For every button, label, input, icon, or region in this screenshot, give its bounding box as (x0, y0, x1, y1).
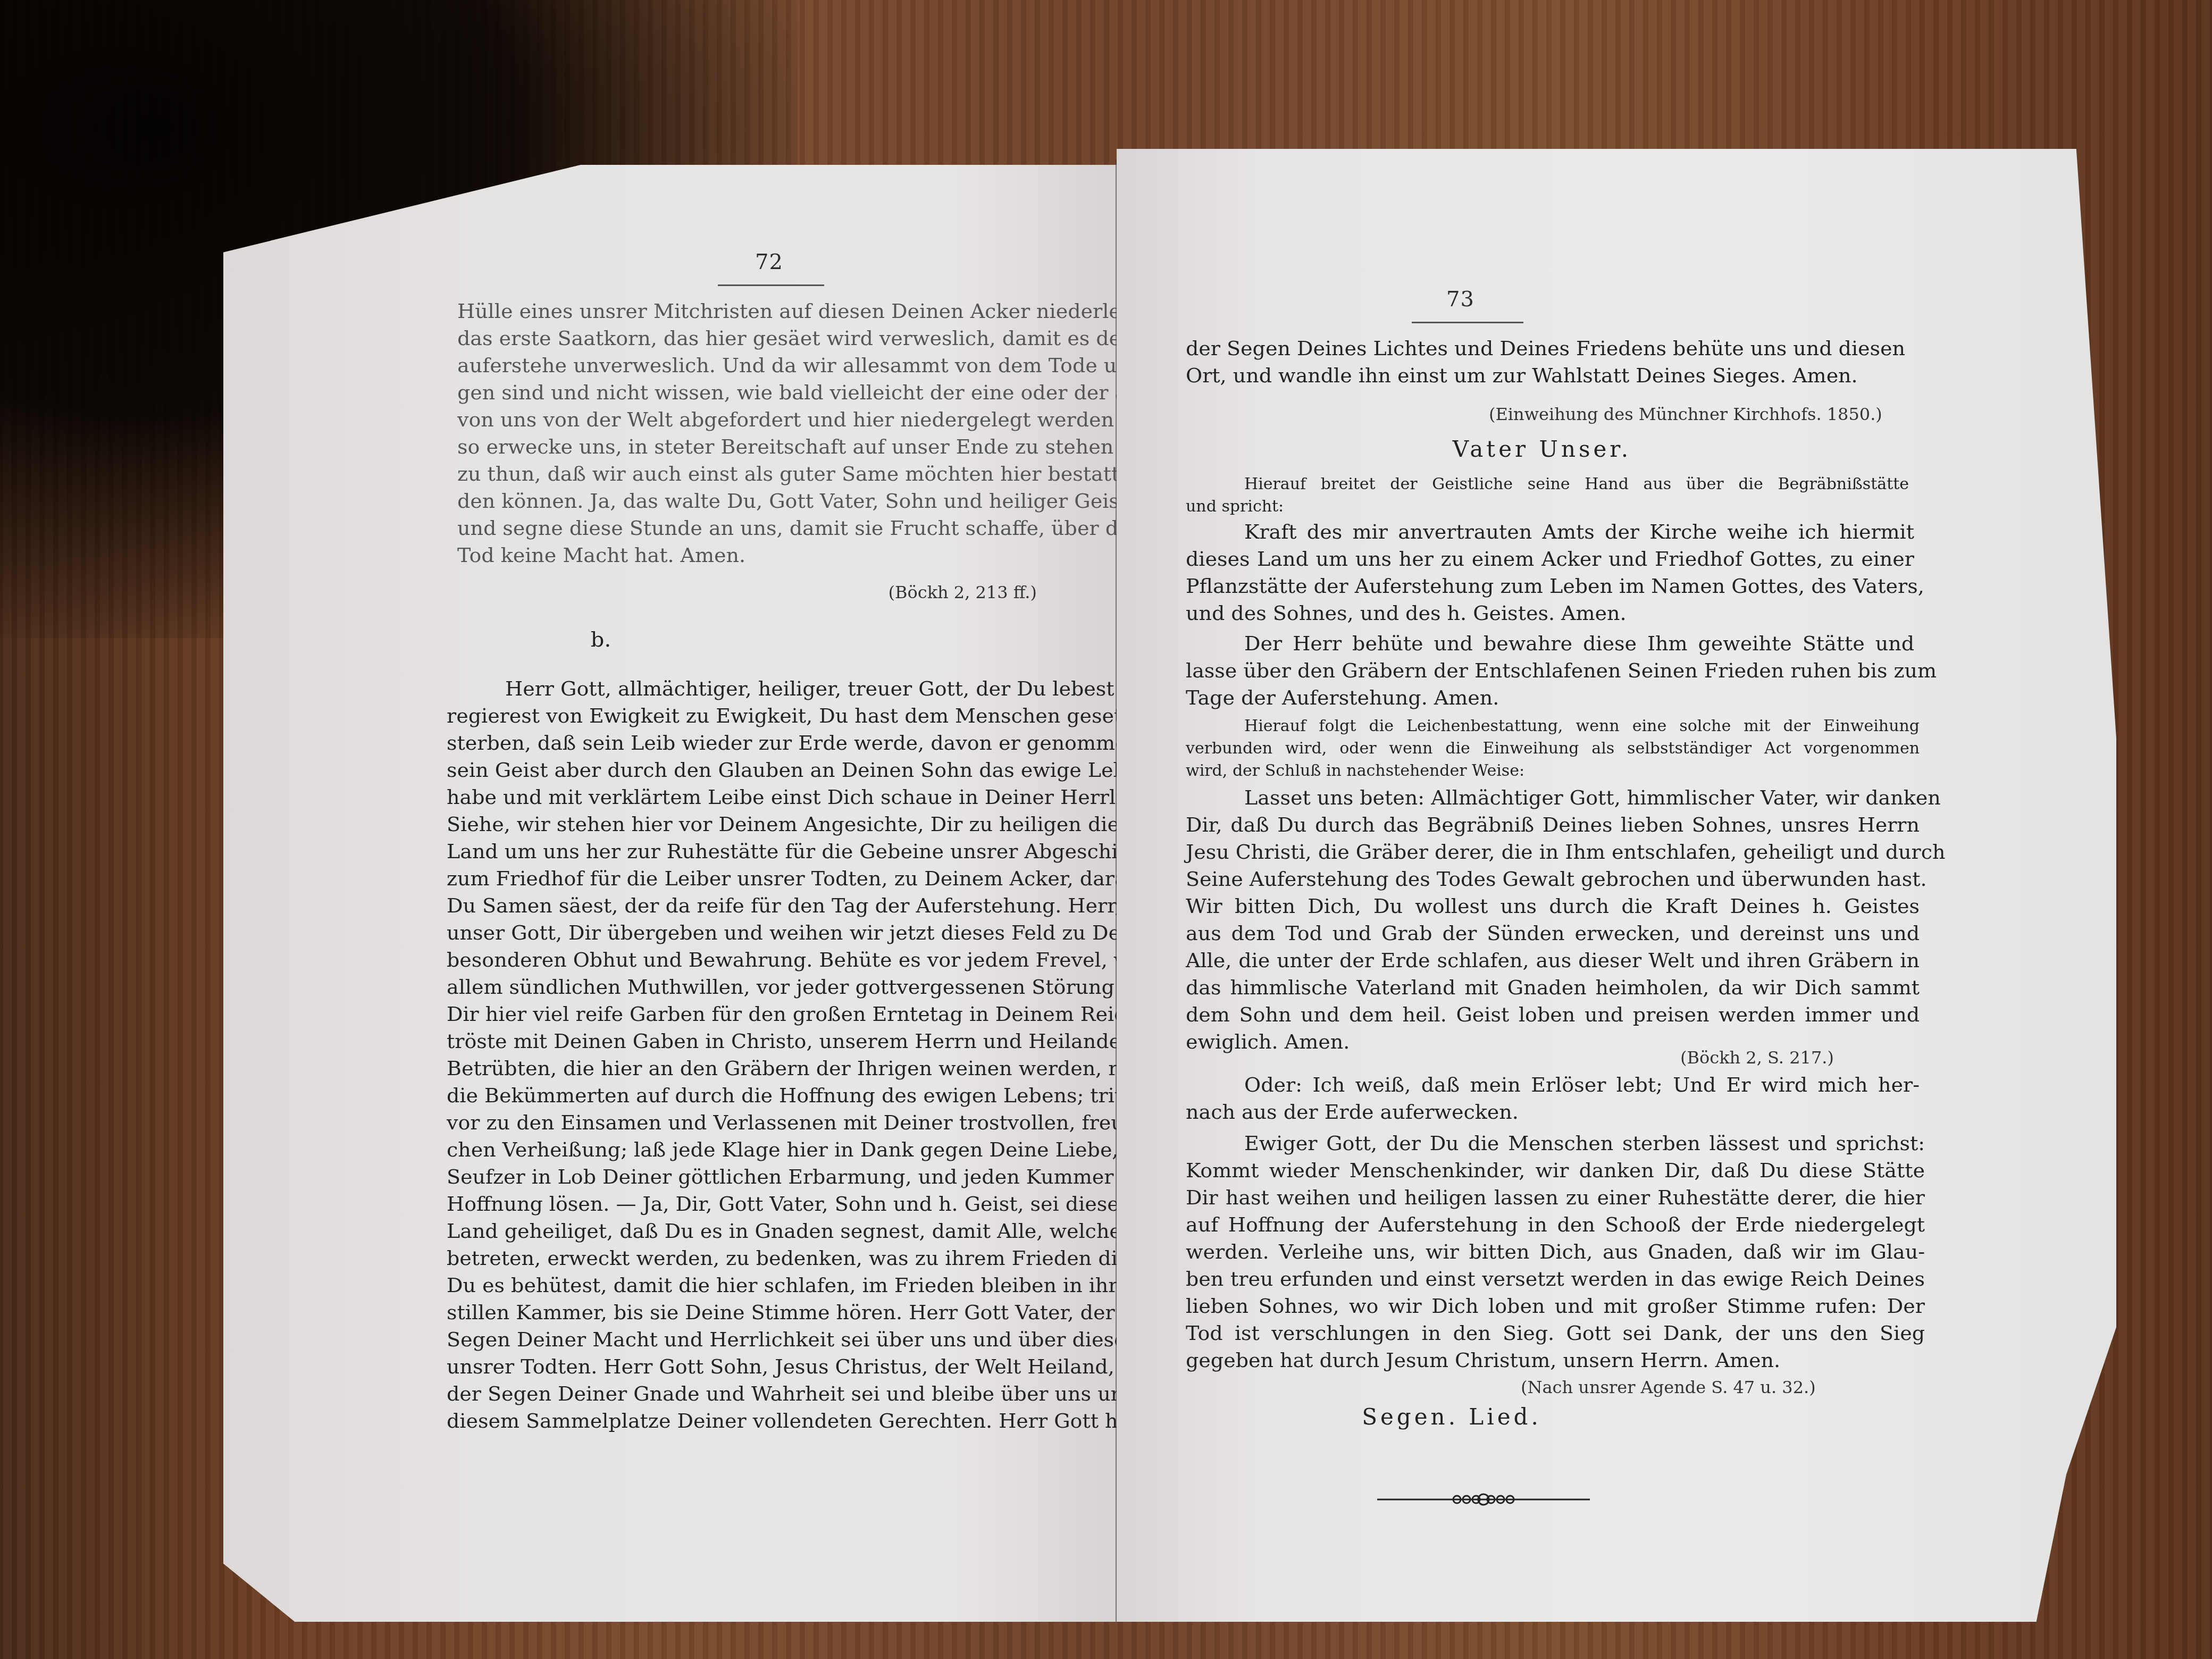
text-line: das erste Saatkorn, das hier gesäet wird… (457, 325, 1069, 352)
text-line: chen Verheißung; laß jede Klage hier in … (447, 1136, 1069, 1163)
heading-vater-unser: Vater Unser. (1186, 436, 1898, 462)
text-line: Ewiger Gott, der Du die Menschen sterben… (1186, 1130, 1925, 1157)
text-line: der Segen Deiner Gnade und Wahrheit sei … (447, 1380, 1069, 1407)
text-line: und des Sohnes, und des h. Geistes. Amen… (1186, 600, 1914, 627)
page-number-rule (1412, 322, 1523, 323)
text-line: Kraft des mir anvertrauten Amts der Kirc… (1186, 518, 1914, 546)
text-line: Pflanzstätte der Auferstehung zum Leben … (1186, 573, 1914, 600)
text-line: Tage der Auferstehung. Amen. (1186, 684, 1914, 711)
text-line: Du Samen säest, der da reife für den Tag… (447, 892, 1069, 919)
blessing-der-herr: Der Herr behüte und bewahre diese Ihm ge… (1186, 630, 1914, 711)
text-line: lieben Sohnes, wo wir Dich loben und mit… (1186, 1293, 1925, 1320)
text-line: unsrer Todten. Herr Gott Sohn, Jesus Chr… (447, 1353, 1069, 1380)
text-line: von uns von der Welt abgefordert und hie… (457, 406, 1069, 433)
text-line: das himmlische Vaterland mit Gnaden heim… (1186, 974, 1920, 1001)
text-line: nach aus der Erde auferwecken. (1186, 1099, 1920, 1126)
left-prayer-paragraph: Herr Gott, allmächtiger, heiliger, treue… (447, 675, 1069, 1435)
text-line: Ort, und wandle ihn einst um zur Wahlsta… (1186, 362, 1898, 389)
text-line: Tod keine Macht hat. Amen. (457, 542, 1069, 569)
text-line: ben treu erfunden und einst versetzt wer… (1186, 1266, 1925, 1293)
text-line: zum Friedhof für die Leiber unsrer Todte… (447, 865, 1069, 892)
page-number-right: 73 (1446, 287, 1474, 312)
text-line: Hierauf breitet der Geistliche seine Han… (1186, 473, 1909, 496)
text-line: auferstehe unverweslich. Und da wir alle… (457, 352, 1069, 379)
text-line: sein Geist aber durch den Glauben an Dei… (447, 757, 1069, 784)
text-line: lasse über den Gräbern der Entschlafenen… (1186, 657, 1914, 684)
text-line: und spricht: (1186, 496, 1909, 518)
text-line: Hülle eines unsrer Mitchristen auf diese… (457, 298, 1069, 325)
text-line: betreten, erweckt werden, zu bedenken, w… (447, 1245, 1069, 1272)
text-line: Oder: Ich weiß, daß mein Erlöser lebt; U… (1186, 1071, 1920, 1099)
text-line: Dir hast weihen und heiligen lassen zu e… (1186, 1184, 1925, 1211)
text-line: aus dem Tod und Grab der Sünden erwecken… (1186, 920, 1920, 947)
text-line: Land geheiliget, daß Du es in Gnaden seg… (447, 1218, 1069, 1245)
text-line: Lasset uns beten: Allmächtiger Gott, him… (1186, 784, 1920, 811)
rubric-hand: Hierauf breitet der Geistliche seine Han… (1186, 473, 1909, 518)
text-line: regierest von Ewigkeit zu Ewigkeit, Du h… (447, 702, 1069, 730)
right-page: 73 der Segen Deines Lichtes und Deines F… (1117, 149, 2116, 1622)
rubric-leichenbestattung: Hierauf folgt die Leichenbestattung, wen… (1186, 715, 1920, 782)
text-line: Jesu Christi, die Gräber derer, die in I… (1186, 839, 1920, 866)
text-line: Wir bitten Dich, Du wollest uns durch di… (1186, 893, 1920, 920)
text-line: Land um uns her zur Ruhestätte für die G… (447, 838, 1069, 865)
text-line: Seine Auferstehung des Todes Gewalt gebr… (1186, 866, 1920, 893)
citation-boeckh-217: (Böckh 2, S. 217.) (1680, 1048, 1834, 1068)
text-line: allem sündlichen Muthwillen, vor jeder g… (447, 974, 1069, 1001)
text-line: Betrübten, die hier an den Gräbern der I… (447, 1055, 1069, 1082)
text-line: dem Sohn und dem heil. Geist loben und p… (1186, 1001, 1920, 1028)
section-letter-b: b. (223, 627, 978, 652)
text-line: Seufzer in Lob Deiner göttlichen Erbarmu… (447, 1163, 1069, 1191)
text-line: Dir, daß Du durch das Begräbniß Deines l… (1186, 811, 1920, 839)
text-line: Segen Deiner Macht und Herrlichkeit sei … (447, 1326, 1069, 1353)
text-line: Herr Gott, allmächtiger, heiliger, treue… (447, 675, 1069, 702)
text-line: dieses Land um uns her zu einem Acker un… (1186, 546, 1914, 573)
text-line: Alle, die unter der Erde schlafen, aus d… (1186, 947, 1920, 974)
text-line: den können. Ja, das walte Du, Gott Vater… (457, 488, 1069, 515)
text-line: sterben, daß sein Leib wieder zur Erde w… (447, 730, 1069, 757)
citation-agende: (Nach unsrer Agende S. 47 u. 32.) (1521, 1377, 1816, 1397)
text-line: besonderen Obhut und Bewahrung. Behüte e… (447, 946, 1069, 974)
open-book: 72 Hülle eines unsrer Mitchristen auf di… (170, 144, 2169, 1622)
text-line: tröste mit Deinen Gaben in Christo, unse… (447, 1028, 1069, 1055)
text-line: Tod ist verschlungen in den Sieg. Gott s… (1186, 1320, 1925, 1347)
text-line: Du es behütest, damit die hier schlafen,… (447, 1272, 1069, 1299)
text-line: Dir hier viel reife Garben für den große… (447, 1001, 1069, 1028)
left-citation: (Böckh 2, 213 ff.) (888, 582, 1037, 602)
oder-verse: Oder: Ich weiß, daß mein Erlöser lebt; U… (1186, 1071, 1920, 1126)
prayer-lasset-uns-beten: Lasset uns beten: Allmächtiger Gott, him… (1186, 784, 1920, 1055)
text-line: werden. Verleihe uns, wir bitten Dich, a… (1186, 1238, 1925, 1266)
text-line: auf Hoffnung der Auferstehung in den Sch… (1186, 1211, 1925, 1238)
text-line: vor zu den Einsamen und Verlassenen mit … (447, 1109, 1069, 1136)
text-line: Kommt wieder Menschenkinder, wir danken … (1186, 1157, 1925, 1184)
page-number-rule (718, 284, 824, 286)
text-line: diesem Sammelplatze Deiner vollendeten G… (447, 1407, 1069, 1435)
page-number-left: 72 (755, 250, 783, 274)
text-line: gen sind und nicht wissen, wie bald viel… (457, 379, 1069, 406)
text-line: der Segen Deines Lichtes und Deines Frie… (1186, 335, 1898, 362)
text-line: Der Herr behüte und bewahre diese Ihm ge… (1186, 630, 1914, 657)
text-line: Hoffnung lösen. — Ja, Dir, Gott Vater, S… (447, 1191, 1069, 1218)
heading-segen-lied: Segen. Lied. (1186, 1404, 1717, 1430)
text-line: verbunden wird, oder wenn die Einweihung… (1186, 738, 1920, 760)
prayer-ewiger-gott: Ewiger Gott, der Du die Menschen sterben… (1186, 1130, 1925, 1374)
right-continuation-paragraph: der Segen Deines Lichtes und Deines Frie… (1186, 335, 1898, 389)
left-page: 72 Hülle eines unsrer Mitchristen auf di… (223, 165, 1117, 1622)
text-line: stillen Kammer, bis sie Deine Stimme hör… (447, 1299, 1069, 1326)
text-line: zu thun, daß wir auch einst als guter Sa… (457, 460, 1069, 488)
blessing-kraft: Kraft des mir anvertrauten Amts der Kirc… (1186, 518, 1914, 627)
text-line: so erwecke uns, in steter Bereitschaft a… (457, 433, 1069, 460)
decorative-rule-ornament-icon (1377, 1492, 1590, 1507)
text-line: die Bekümmerten auf durch die Hoffnung d… (447, 1082, 1069, 1109)
text-line: habe und mit verklärtem Leibe einst Dich… (447, 784, 1069, 811)
left-continuation-paragraph: Hülle eines unsrer Mitchristen auf diese… (457, 298, 1069, 569)
text-line: und segne diese Stunde an uns, damit sie… (457, 515, 1069, 542)
text-line: Siehe, wir stehen hier vor Deinem Angesi… (447, 811, 1069, 838)
text-line: gegeben hat durch Jesum Christum, unsern… (1186, 1347, 1925, 1374)
text-line: wird, der Schluß in nachstehender Weise: (1186, 760, 1920, 782)
citation-einweihung: (Einweihung des Münchner Kirchhofs. 1850… (1489, 404, 1882, 424)
text-line: unser Gott, Dir übergeben und weihen wir… (447, 919, 1069, 946)
text-line: Hierauf folgt die Leichenbestattung, wen… (1186, 715, 1920, 738)
